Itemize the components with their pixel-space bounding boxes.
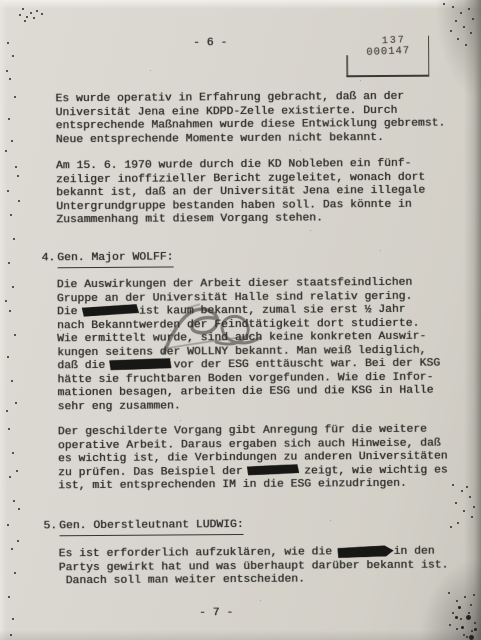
paragraph: Am 15. 6. 1970 wurde durch die KD Nobleb… xyxy=(56,158,426,228)
section-heading-5: 5. Gen. Oberstleutnant LUDWIG: xyxy=(43,519,243,536)
section-heading-label: Gen. Major WOLFF: xyxy=(57,251,173,268)
page-number-bottom: - 7 - xyxy=(199,607,233,621)
section-number: 4. xyxy=(42,252,56,268)
section-number: 5. xyxy=(43,520,57,536)
archive-stamp-box-left-tick xyxy=(346,55,348,75)
paragraph: Es wurde operativ in Erfahrung gebracht,… xyxy=(55,91,445,148)
page-number-top: - 6 - xyxy=(193,37,227,51)
archive-stamp: 137 000147 xyxy=(350,35,427,59)
document-content: - 6 - 137 000147 Es wurde operativ in Er… xyxy=(0,0,481,640)
paragraph: Der geschilderte Vorgang gibt Anregung f… xyxy=(58,424,448,494)
section-heading-label: Gen. Oberstleutnant LUDWIG: xyxy=(59,519,244,536)
section-heading-4: 4. Gen. Major WOLFF: xyxy=(42,251,174,268)
scanned-document-page: - 6 - 137 000147 Es wurde operativ in Er… xyxy=(0,0,481,640)
illegible-ink-scribble-stamp xyxy=(156,302,268,361)
